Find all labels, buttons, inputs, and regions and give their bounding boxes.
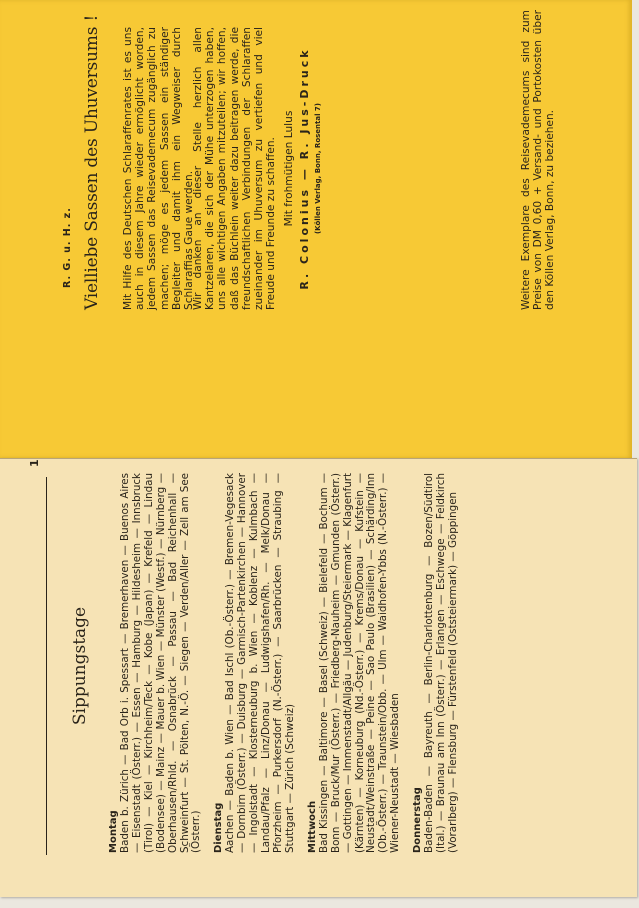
- left-page-content: R. G. u. H. z. Vielliebe Sassen des Uhuv…: [0, 0, 632, 458]
- day-places: Baden b. Zürich — Bad Orb i. Spessart — …: [120, 473, 203, 853]
- day-places: Baden-Baden — Bayreuth — Berlin-Charlott…: [424, 473, 460, 853]
- letter-paragraph-2: Wir danken an dieser Stelle herzlich all…: [192, 27, 277, 310]
- day-places: Bad Kissingen — Baltimore — Basel (Schwe…: [319, 473, 402, 853]
- day-section-mittwoch: Mittwoch Bad Kissingen — Baltimore — Bas…: [307, 473, 402, 853]
- meeting-days-list: Montag Baden b. Zürich — Bad Orb i. Spes…: [108, 473, 470, 853]
- letter-paragraph-1: Mit Hilfe des Deutschen Schlaraffenrates…: [122, 27, 195, 310]
- right-page-cream: 1 Sippungstage Montag Baden b. Zürich — …: [0, 458, 637, 897]
- day-places: Aachen — Baden b. Wien — Bad Ischl (Ob.-…: [225, 473, 296, 853]
- page-number: 1: [28, 459, 41, 467]
- day-section-donnerstag: Donnerstag Baden-Baden — Bayreuth — Berl…: [412, 473, 460, 853]
- letter-title: Vielliebe Sassen des Uhuversums !: [82, 15, 102, 310]
- signature-abbreviation: R. G. u. H. z.: [62, 207, 73, 288]
- left-page-yellow: R. G. u. H. z. Vielliebe Sassen des Uhuv…: [0, 0, 632, 458]
- closing-greeting: Mit frohmütigen Lulus: [283, 27, 295, 310]
- day-section-dienstag: Dienstag Aachen — Baden b. Wien — Bad Is…: [213, 473, 296, 853]
- sender-names: R. Colonius — R. Jus-Druck: [298, 27, 311, 310]
- publisher-address: (Köllen Verlag, Bonn, Rosental 7): [314, 27, 322, 310]
- day-heading: Mittwoch: [307, 473, 319, 853]
- page-title: Sippungstage: [70, 477, 90, 855]
- header-rule: [46, 477, 47, 855]
- day-section-montag: Montag Baden b. Zürich — Bad Orb i. Spes…: [108, 473, 203, 853]
- right-page-content: 1 Sippungstage Montag Baden b. Zürich — …: [0, 459, 637, 897]
- ordering-note: Weitere Exemplare des Reisevademecums si…: [520, 10, 557, 310]
